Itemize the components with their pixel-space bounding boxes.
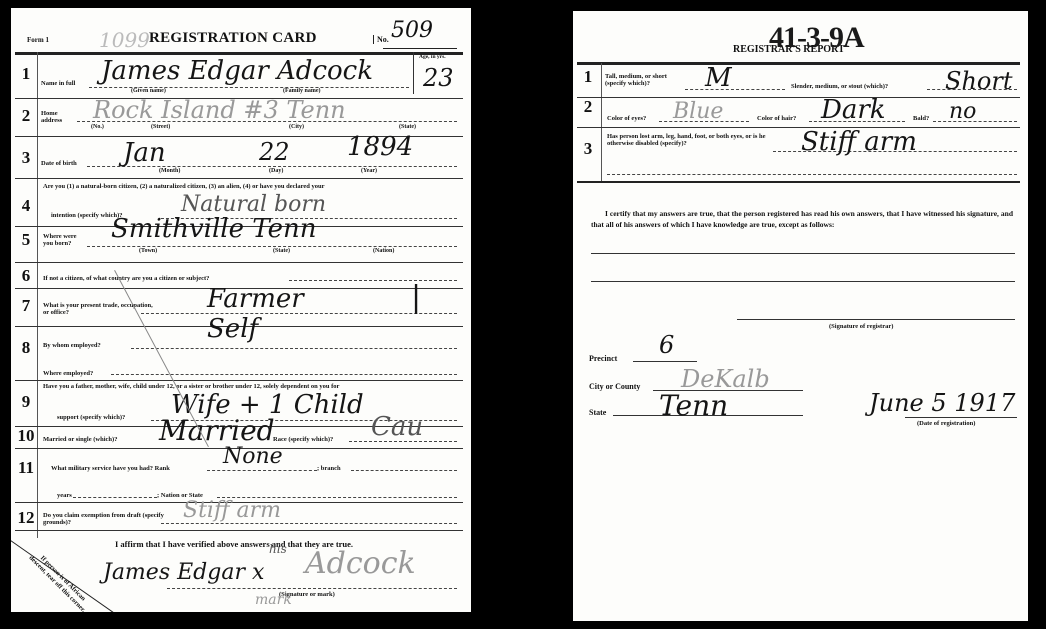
- age-answer: 23: [423, 64, 454, 92]
- sub-label: (State): [273, 248, 290, 254]
- employer-answer: Self: [207, 314, 258, 344]
- exemption-answer: Stiff arm: [183, 498, 281, 523]
- row-number: 1: [579, 67, 597, 87]
- military-branch-label: ; branch: [317, 465, 341, 472]
- row-number: 9: [17, 392, 35, 412]
- address-answer: Rock Island #3 Tenn: [93, 96, 346, 124]
- precinct-answer: 6: [659, 331, 674, 359]
- header-rule: [577, 62, 1020, 65]
- row-divider: [15, 262, 463, 263]
- bald-label: Bald?: [913, 115, 929, 122]
- employment-location-label: Where employed?: [43, 370, 93, 377]
- disability-label: Has person lost arm, leg, hand, foot, or…: [607, 133, 775, 147]
- eye-color-label: Color of eyes?: [607, 115, 646, 122]
- stamp-number: 41-3-9A: [769, 21, 864, 55]
- card-title: REGISTRATION CARD: [149, 30, 317, 47]
- faint-serial-number: 1099: [99, 28, 150, 52]
- foreign-citizen-line: [289, 280, 457, 281]
- hair-color-label: Color of hair?: [757, 115, 796, 122]
- build-label: Slender, medium, or stout (which)?: [791, 83, 888, 90]
- exception-line-1: [591, 253, 1015, 254]
- age-label: Age, in yrs.: [419, 54, 446, 60]
- build-answer: Short: [945, 67, 1012, 95]
- signature-family: Adcock: [305, 546, 416, 581]
- military-years-line: [73, 497, 157, 498]
- form-number-label: Form 1: [27, 36, 49, 44]
- date-of-birth-label: Date of birth: [41, 160, 77, 167]
- row-number: 7: [17, 296, 35, 316]
- birthplace-line: [87, 246, 457, 247]
- race-answer: Cau: [371, 412, 423, 442]
- disability-line-2: [607, 174, 1017, 175]
- occupation-mark: |: [411, 280, 421, 315]
- registration-card-back: REGISTRAR'S REPORT 41-3-9A 1 Tall, mediu…: [573, 11, 1028, 621]
- sub-label: (Nation): [373, 248, 394, 254]
- row-number-column-rule: [601, 63, 602, 181]
- row-number: 3: [579, 139, 597, 159]
- sub-label: (Town): [139, 248, 157, 254]
- name-label: Name in full: [41, 80, 75, 87]
- hair-color-answer: Dark: [821, 95, 886, 125]
- dependents-question-label: Have you a father, mother, wife, child u…: [43, 383, 339, 390]
- bald-answer: no: [949, 99, 976, 124]
- signature-his: his: [269, 542, 287, 556]
- marital-status-answer: Married: [159, 414, 275, 447]
- name-answer: James Edgar Adcock: [101, 56, 373, 86]
- sub-label: (Street): [151, 124, 170, 130]
- row-number: 11: [17, 458, 35, 478]
- military-rank-label: What military service have you had? Rank: [51, 465, 170, 472]
- registrar-signature-line: [737, 319, 1015, 320]
- registrar-signature-label: (Signature of registrar): [829, 323, 893, 330]
- row-divider: [15, 178, 463, 179]
- birthplace-label: Where were you born?: [43, 233, 83, 247]
- row-divider: [577, 97, 1020, 98]
- row-number: 10: [17, 426, 35, 446]
- military-service-answer: None: [223, 444, 283, 469]
- exemption-line: [161, 523, 457, 524]
- sub-label: (Given name): [131, 88, 166, 94]
- disability-answer: Stiff arm: [801, 127, 917, 157]
- row-number: 2: [17, 106, 35, 126]
- card-number-value: 509: [391, 18, 433, 43]
- row-number: 5: [17, 230, 35, 250]
- signature-mark: mark: [255, 592, 292, 608]
- marital-status-label: Married or single (which)?: [43, 436, 117, 443]
- sub-label: (Month): [159, 168, 180, 174]
- row-divider: [577, 127, 1020, 128]
- state-label: State: [589, 409, 606, 416]
- sub-label: (Family name): [283, 88, 321, 94]
- row-number: 6: [17, 266, 35, 286]
- registrar-certification-text: I certify that my answers are true, that…: [591, 208, 1013, 230]
- sub-label: (Day): [269, 168, 283, 174]
- height-label: Tall, medium, or short (specify which)?: [605, 73, 683, 87]
- row-number: 12: [17, 508, 35, 528]
- card-number-line: [383, 48, 457, 49]
- employer-label: By whom employed?: [43, 342, 101, 349]
- military-branch-line: [351, 470, 457, 471]
- citizenship-question-label: Are you (1) a natural-born citizen, (2) …: [43, 183, 453, 190]
- race-label: Race (specify which)?: [273, 436, 333, 443]
- exception-line-2: [591, 281, 1015, 282]
- registration-date-line: [905, 417, 1017, 418]
- row-number: 8: [17, 338, 35, 358]
- registration-date-label: (Date of registration): [917, 420, 975, 427]
- signature-given: James Edgar x: [103, 560, 264, 585]
- state-answer: Tenn: [659, 389, 728, 422]
- employment-location-line: [111, 374, 457, 375]
- signature-line: [167, 588, 457, 589]
- card-number-label: No.: [373, 35, 389, 44]
- dob-year-answer: 1894: [347, 132, 413, 162]
- header-rule: [15, 52, 463, 55]
- military-rank-line: [207, 470, 317, 471]
- birthplace-answer: Smithville Tenn: [111, 214, 316, 244]
- row-number: 2: [579, 97, 597, 117]
- corner-tear-line: [11, 536, 121, 612]
- sub-label: (State): [399, 124, 416, 130]
- sub-label: (No.): [91, 124, 104, 130]
- dob-month-answer: Jan: [123, 138, 166, 168]
- height-answer: M: [705, 63, 732, 93]
- eye-color-answer: Blue: [673, 99, 723, 124]
- sub-label: (City): [289, 124, 304, 130]
- row-number: 4: [17, 196, 35, 216]
- precinct-line: [633, 361, 697, 362]
- registration-date-answer: June 5 1917: [869, 389, 1015, 417]
- city-county-label: City or County: [589, 383, 640, 390]
- row-divider: [15, 530, 463, 531]
- dob-day-answer: 22: [259, 138, 290, 166]
- military-years-label: years: [57, 492, 72, 499]
- row-number: 1: [17, 64, 35, 84]
- row-number-column-rule: [37, 52, 38, 538]
- section-rule: [577, 181, 1020, 183]
- registration-card-front: Form 1 1099 REGISTRATION CARD No. 509 1 …: [11, 8, 471, 612]
- sub-label: (Year): [361, 168, 377, 174]
- employer-line: [131, 348, 457, 349]
- home-address-label: Home address: [41, 110, 71, 124]
- row-divider: [15, 380, 463, 381]
- occupation-answer: Farmer: [207, 284, 304, 314]
- row-number: 3: [17, 148, 35, 168]
- dependents-support-label: support (specify which)?: [57, 414, 125, 421]
- foreign-citizen-label: If not a citizen, of what country are yo…: [43, 275, 209, 282]
- height-line: [685, 89, 785, 90]
- precinct-label: Precinct: [589, 355, 617, 362]
